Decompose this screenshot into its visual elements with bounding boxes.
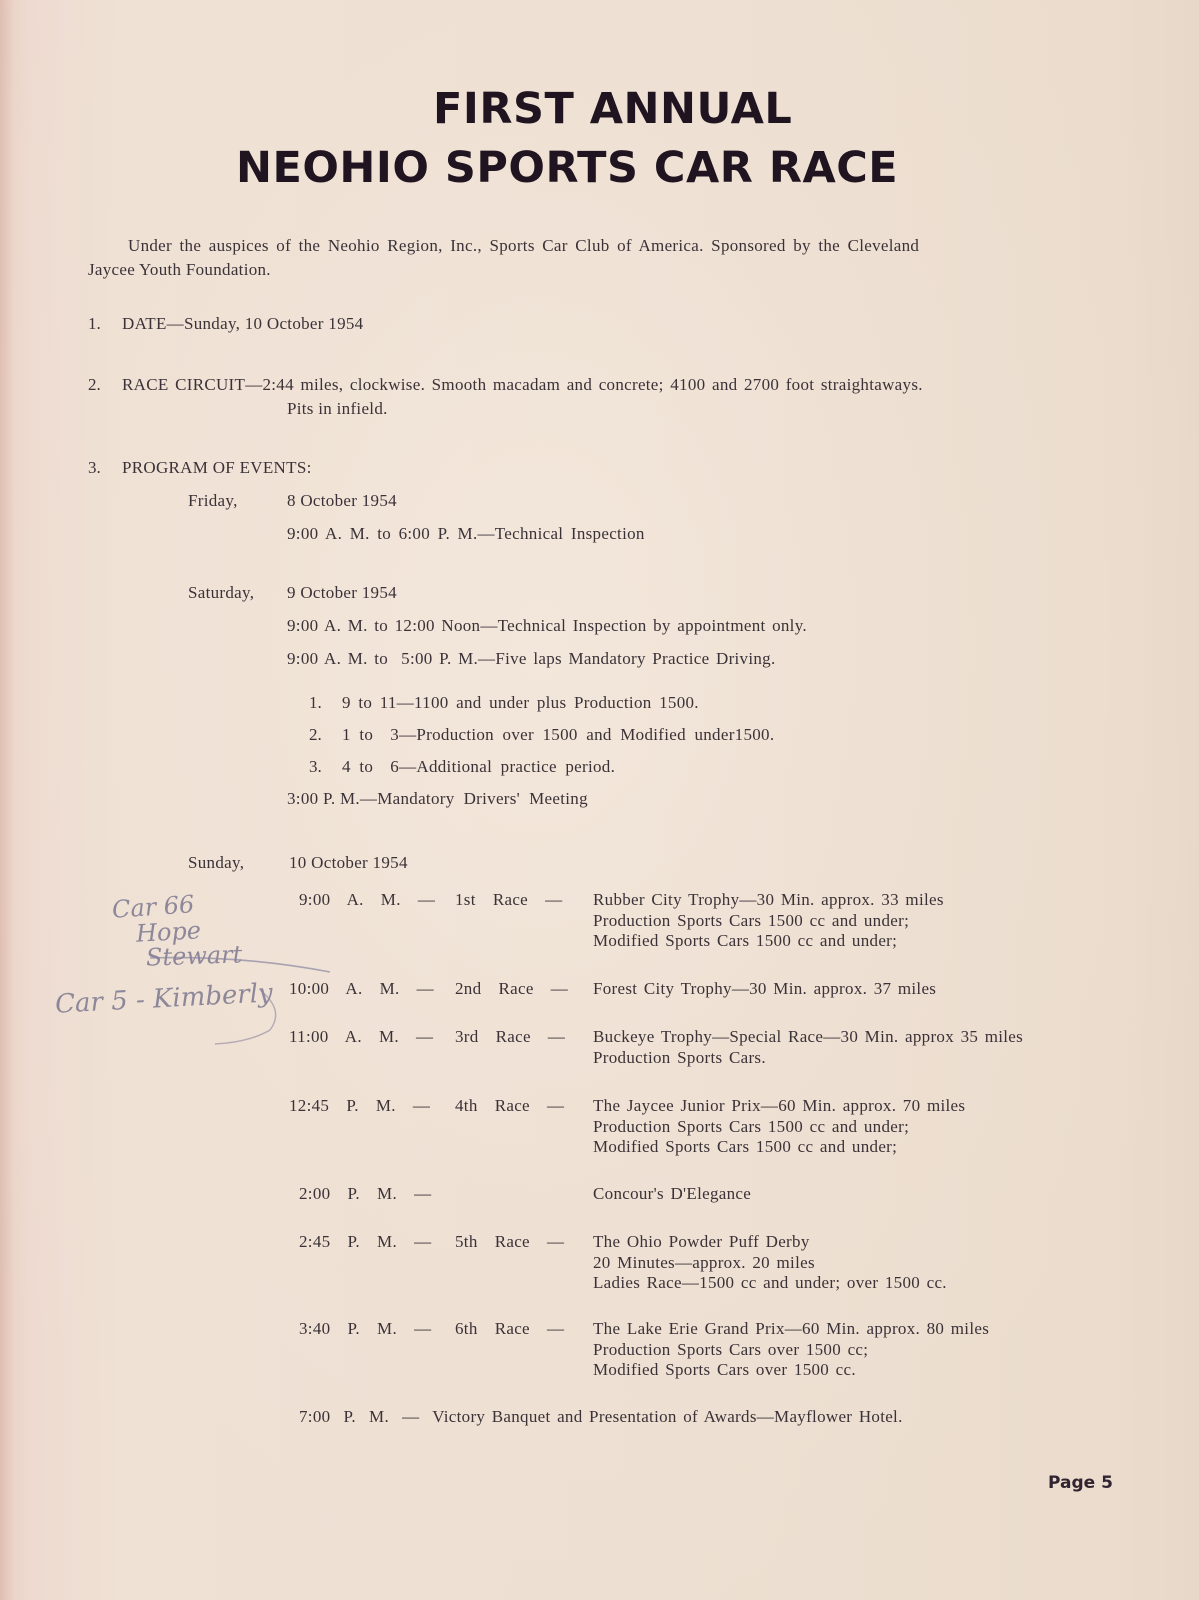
victory-banquet: 7:00 P. M. — Victory Banquet and Present… — [299, 1407, 903, 1427]
practice-3-text: 4 to 6—Additional practice period. — [342, 757, 615, 777]
event-detail: Production Sports Cars over 1500 cc; — [593, 1340, 868, 1361]
event-time: 3:40 P. M. — — [299, 1319, 431, 1340]
friday-date: 8 October 1954 — [287, 491, 397, 511]
saturday-date: 9 October 1954 — [287, 583, 397, 603]
saturday-item-1: 9:00 A. M. to 12:00 Noon—Technical Inspe… — [287, 616, 807, 636]
event-time: 9:00 A. M. — — [299, 890, 435, 911]
section-3-program-heading: PROGRAM OF EVENTS: — [122, 458, 312, 478]
sunday-date: 10 October 1954 — [289, 853, 408, 873]
event-title: The Lake Erie Grand Prix—60 Min. approx.… — [593, 1319, 989, 1340]
event-race-number: 2nd Race — — [455, 979, 568, 1000]
event-title: The Ohio Powder Puff Derby — [593, 1232, 810, 1253]
saturday-label: Saturday, — [188, 583, 254, 603]
event-time: 2:00 P. M. — — [299, 1184, 431, 1205]
friday-item: 9:00 A. M. to 6:00 P. M.—Technical Inspe… — [287, 524, 645, 544]
practice-1-number: 1. — [309, 693, 322, 713]
section-2-number: 2. — [88, 375, 101, 395]
drivers-meeting: 3:00 P. M.—Mandatory Drivers' Meeting — [287, 789, 588, 809]
event-time: 12:45 P. M. — — [289, 1096, 430, 1117]
event-detail: Ladies Race—1500 cc and under; over 1500… — [593, 1273, 947, 1294]
event-detail: 20 Minutes—approx. 20 miles — [593, 1253, 815, 1274]
page-edge-shadow — [0, 0, 14, 1600]
practice-2-text: 1 to 3—Production over 1500 and Modified… — [342, 725, 774, 745]
title-line-1: FIRST ANNUAL — [433, 84, 792, 134]
practice-3-number: 3. — [309, 757, 322, 777]
event-detail: Modified Sports Cars 1500 cc and under; — [593, 1137, 897, 1158]
handwritten-note-car-5: Car 5 - Kimberly — [54, 978, 273, 1019]
event-race-number: 1st Race — — [455, 890, 562, 911]
event-title: Concour's D'Elegance — [593, 1184, 751, 1205]
intro-paragraph-line-1: Under the auspices of the Neohio Region,… — [128, 236, 919, 256]
section-2-race-circuit: RACE CIRCUIT—2:44 miles, clockwise. Smoo… — [122, 375, 923, 395]
friday-label: Friday, — [188, 491, 238, 511]
sunday-label: Sunday, — [188, 853, 244, 873]
practice-2-number: 2. — [309, 725, 322, 745]
page-number: Page 5 — [1048, 1473, 1113, 1493]
event-race-number: 4th Race — — [455, 1096, 564, 1117]
event-title: The Jaycee Junior Prix—60 Min. approx. 7… — [593, 1096, 965, 1117]
event-detail: Production Sports Cars 1500 cc and under… — [593, 1117, 909, 1138]
saturday-item-2: 9:00 A. M. to 5:00 P. M.—Five laps Manda… — [287, 649, 776, 669]
section-1-number: 1. — [88, 314, 101, 334]
event-detail: Modified Sports Cars over 1500 cc. — [593, 1360, 856, 1381]
event-time: 10:00 A. M. — — [289, 979, 434, 1000]
title-line-2: NEOHIO SPORTS CAR RACE — [236, 143, 898, 193]
event-title: Rubber City Trophy—30 Min. approx. 33 mi… — [593, 890, 944, 911]
section-3-number: 3. — [88, 458, 101, 478]
event-detail: Modified Sports Cars 1500 cc and under; — [593, 931, 897, 952]
event-time: 2:45 P. M. — — [299, 1232, 431, 1253]
section-2-continuation: Pits in infield. — [287, 399, 388, 419]
event-race-number: 5th Race — — [455, 1232, 564, 1253]
practice-1-text: 9 to 11—1100 and under plus Production 1… — [342, 693, 699, 713]
event-race-number: 3rd Race — — [455, 1027, 565, 1048]
event-detail: Production Sports Cars. — [593, 1048, 766, 1069]
event-time: 11:00 A. M. — — [289, 1027, 433, 1048]
document-page: FIRST ANNUAL NEOHIO SPORTS CAR RACE Unde… — [0, 0, 1199, 1600]
handwritten-note-stewart: Stewart — [146, 940, 243, 971]
intro-paragraph-line-2: Jaycee Youth Foundation. — [88, 260, 271, 280]
event-detail: Production Sports Cars 1500 cc and under… — [593, 911, 909, 932]
event-race-number: 6th Race — — [455, 1319, 564, 1340]
section-1-date: DATE—Sunday, 10 October 1954 — [122, 314, 364, 334]
event-title: Buckeye Trophy—Special Race—30 Min. appr… — [593, 1027, 1023, 1048]
event-title: Forest City Trophy—30 Min. approx. 37 mi… — [593, 979, 936, 1000]
